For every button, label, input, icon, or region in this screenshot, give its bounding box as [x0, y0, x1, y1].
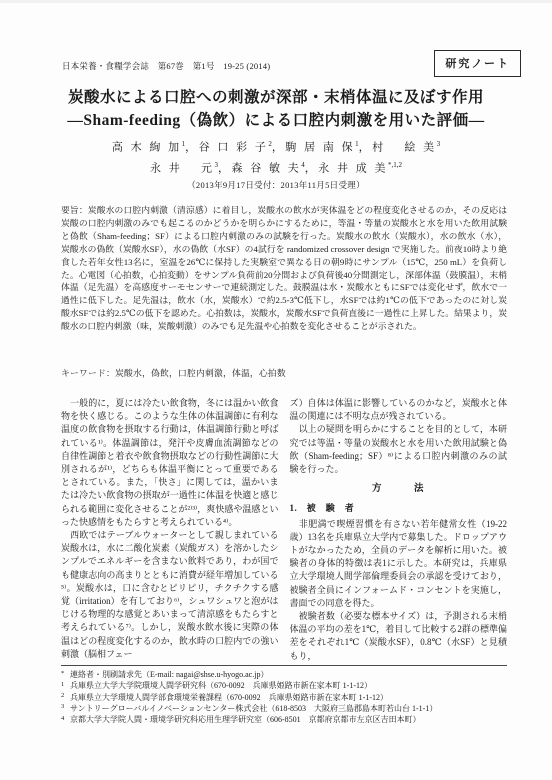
footnote-divider	[61, 665, 507, 666]
intro-paragraph-2: 西欧ではテーブルウォーターとして親しまれている炭酸水は，水に二酸化炭素（炭酸ガス…	[61, 529, 279, 661]
author-superscript: *,1,2	[388, 161, 402, 169]
footnote-text: サントリーグローバルイノベーションセンター株式会社（618-8503 大阪府三島…	[70, 704, 437, 713]
footnote-marker: 4	[61, 713, 64, 724]
keywords-line: キーワード：炭酸水，偽飲，口腔内刺激，体温，心拍数	[61, 366, 507, 379]
abstract-paragraph: 要旨：炭酸水の口腔内刺激（清涼感）に着目し，炭酸水の飲水が実体温をどの程度変化さ…	[61, 204, 507, 333]
author-separator: ，	[185, 142, 199, 154]
footnote-text: 兵庫県立大学環境人間学部食環境栄養課程（670-0092 兵庫県姫路市新在家本町…	[70, 693, 388, 702]
author-separator: ，	[218, 163, 232, 175]
author-separator: ，	[272, 142, 286, 154]
authors-line-1: 高 木 絢 加1，谷 口 彩 子2，駒 居 南 保1，村 絵 美3	[0, 136, 552, 157]
authors-block: 高 木 絢 加1，谷 口 彩 子2，駒 居 南 保1，村 絵 美3 永 井 元3…	[0, 136, 552, 178]
research-note-badge: 研究ノート	[434, 50, 521, 77]
page-header: 日本栄養・食糧学会誌 第67巻 第1号 19-25 (2014) 研究ノート	[60, 50, 522, 82]
footnote-text: 兵庫県立大学大学院環境人間学研究科（670-0092 兵庫県姫路市新在家本町 1…	[70, 681, 372, 690]
footnote-text: 連絡者・別刷請求先（E-mail: nagai@shse.u-hyogo.ac.…	[70, 670, 268, 679]
intro-paragraph-continuation: ズ）自体は体温に影響しているのかなど，炭酸水と体温の関連には不明な点が残されてい…	[290, 397, 508, 423]
footnote-text: 京都大学大学院人間・環境学研究科応用生理学研究室（606-8501 京都府京都市…	[70, 715, 421, 724]
author-name: 谷 口 彩 子	[199, 142, 269, 154]
author-name: 駒 居 南 保	[285, 142, 355, 154]
paper-title-line2: ―Sham-feeding（偽飲）による口腔内刺激を用いた評価―	[0, 109, 552, 132]
footnote-marker: 2	[61, 690, 64, 701]
body-right-column: ズ）自体は体温に影響しているのかなど，炭酸水と体温の関連には不明な点が残されてい…	[290, 397, 508, 663]
author-name: 高 木 絢 加	[112, 142, 182, 154]
footnote-item: 2兵庫県立大学環境人間学部食環境栄養課程（670-0092 兵庫県姫路市新在家本…	[61, 692, 523, 703]
footnotes-block: *連絡者・別刷請求先（E-mail: nagai@shse.u-hyogo.ac…	[61, 669, 523, 725]
subjects-paragraph-2: 被験者数（必要な標本サイズ）は，予測される末梢体温の平均の差を1℃，着目して比較…	[290, 610, 508, 663]
author-name: 永 井 成 美	[318, 163, 388, 175]
authors-line-2: 永 井 元3，森 谷 敏 夫4，永 井 成 美*,1,2	[0, 157, 552, 178]
paper-title-line1: 炭酸水による口腔への刺激が深部・末梢体温に及ぼす作用	[0, 86, 552, 109]
footnote-item: *連絡者・別刷請求先（E-mail: nagai@shse.u-hyogo.ac…	[61, 669, 523, 680]
footnote-marker: 3	[61, 701, 64, 712]
body-columns: 一般的に，夏には冷たい飲食物，冬には温かい飲食物を快く感じる。このような生体の体…	[61, 397, 507, 663]
paper-title: 炭酸水による口腔への刺激が深部・末梢体温に及ぼす作用 ―Sham-feeding…	[0, 86, 552, 132]
received-dates: （2013年9月17日受付：2013年11月5日受理）	[0, 179, 552, 191]
author-name: 森 谷 敏 夫	[232, 163, 302, 175]
author-name: 永 井 元	[150, 163, 215, 175]
footnote-item: 4京都大学大学院人間・環境学研究科応用生理学研究室（606-8501 京都府京都…	[61, 714, 523, 725]
footnote-item: 1兵庫県立大学大学院環境人間学研究科（670-0092 兵庫県姫路市新在家本町 …	[61, 680, 523, 691]
purpose-paragraph: 以上の疑問を明らかにすることを目的として，本研究では等温・等量の炭酸水と水を用い…	[290, 423, 508, 476]
author-name: 村 絵 美	[372, 142, 437, 154]
body-left-column: 一般的に，夏には冷たい飲食物，冬には温かい飲食物を快く感じる。このような生体の体…	[61, 397, 279, 663]
scan-edge-strip	[0, 0, 552, 3]
author-separator: ，	[359, 142, 373, 154]
author-superscript: 3	[437, 140, 441, 148]
footnote-marker: 1	[61, 679, 64, 690]
subjects-paragraph-1: 非肥満で喫煙習慣を有さない若年健常女性（19-22歳）13名を兵庫県立大学内で募…	[290, 518, 508, 610]
footnote-marker: *	[61, 668, 64, 679]
method-section-heading: 方 法	[290, 483, 508, 496]
subjects-subheading: 1. 被 験 者	[290, 502, 508, 515]
footnote-item: 3サントリーグローバルイノベーションセンター株式会社（618-8503 大阪府三…	[61, 703, 523, 714]
author-separator: ，	[305, 163, 319, 175]
intro-paragraph-1: 一般的に，夏には冷たい飲食物，冬には温かい飲食物を快く感じる。このような生体の体…	[61, 397, 279, 529]
scanned-paper-page: 日本栄養・食糧学会誌 第67巻 第1号 19-25 (2014) 研究ノート 炭…	[0, 0, 552, 780]
journal-citation: 日本栄養・食糧学会誌 第67巻 第1号 19-25 (2014)	[62, 60, 270, 72]
